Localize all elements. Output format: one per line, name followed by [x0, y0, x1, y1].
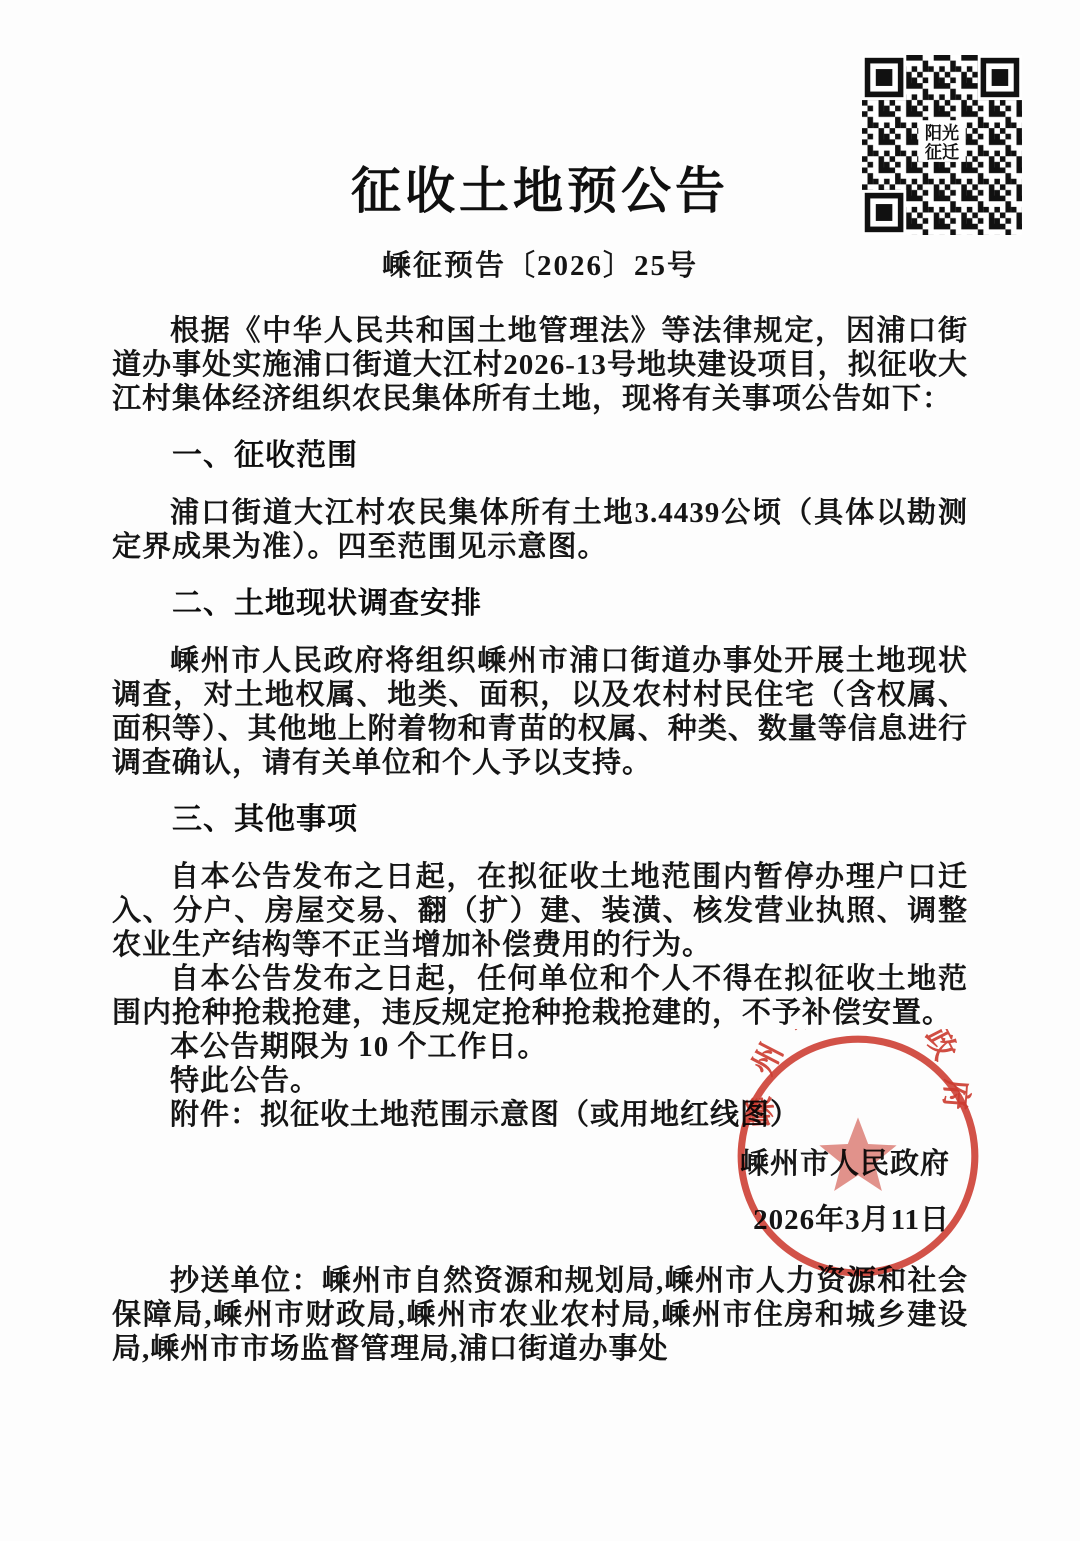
- section-3-paragraph-2: 自本公告发布之日起，任何单位和个人不得在拟征收土地范围内抢种抢栽抢建，违反规定抢…: [112, 962, 968, 1030]
- hereby-announced-line: 特此公告。: [112, 1064, 968, 1098]
- attachment-line: 附件：拟征收土地范围示意图（或用地红线图）: [112, 1098, 968, 1132]
- qr-finder-top-left: [862, 55, 906, 100]
- section-2-heading: 二、土地现状调查安排: [112, 586, 968, 622]
- qr-center-label: 阳光 征迁: [918, 120, 965, 162]
- qr-label-line2: 征迁: [924, 142, 960, 162]
- section-2-paragraph: 嵊州市人民政府将组织嵊州市浦口街道办事处开展土地现状调查，对土地权属、地类、面积…: [112, 644, 968, 780]
- section-3-paragraph-1: 自本公告发布之日起，在拟征收土地范围内暂停办理户口迁入、分户、房屋交易、翻（扩）…: [112, 860, 968, 962]
- issuer-name: 嵊州市人民政府: [112, 1146, 950, 1182]
- section-1-heading: 一、征收范围: [112, 438, 968, 474]
- issue-date: 2026年3月11日: [112, 1202, 950, 1238]
- notice-period-line: 本公告期限为 10 个工作日。: [112, 1030, 968, 1064]
- qr-label-line1: 阳光: [925, 123, 960, 143]
- section-3-heading: 三、其他事项: [112, 802, 968, 838]
- document-number: 嵊征预告〔2026〕25号: [112, 248, 968, 284]
- signature-block: 嵊州市人民政府 2026年3月11日: [112, 1146, 968, 1238]
- intro-paragraph: 根据《中华人民共和国土地管理法》等法律规定，因浦口街道办事处实施浦口街道大江村2…: [112, 314, 968, 416]
- cc-list: 抄送单位：嵊州市自然资源和规划局,嵊州市人力资源和社会保障局,嵊州市财政局,嵊州…: [112, 1264, 968, 1366]
- qr-finder-top-right: [978, 55, 1022, 100]
- announcement-page: 阳光 征迁 征收土地预公告 嵊征预告〔2026〕25号 根据《中华人民共和国土地…: [0, 0, 1080, 1541]
- section-1-paragraph: 浦口街道大江村农民集体所有土地3.4439公顷（具体以勘测定界成果为准）。四至范…: [112, 496, 968, 564]
- page-title: 征收土地预公告: [112, 160, 968, 222]
- document-body: 征收土地预公告 嵊征预告〔2026〕25号 根据《中华人民共和国土地管理法》等法…: [112, 160, 968, 1366]
